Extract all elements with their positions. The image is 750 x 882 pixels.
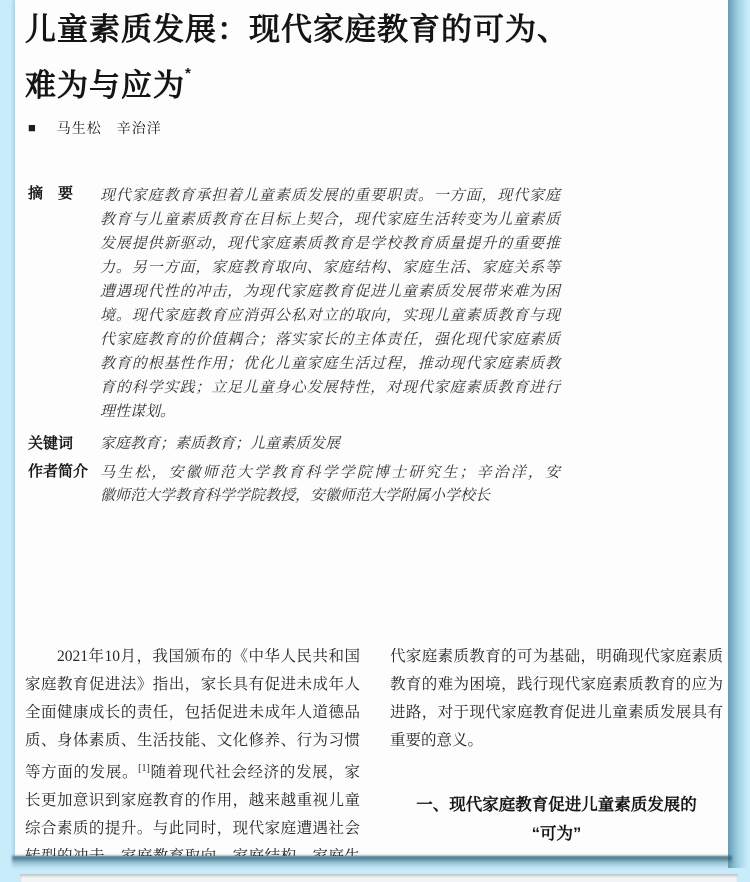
- author-bullet-icon: ■: [28, 120, 36, 136]
- next-page-edge: [20, 874, 738, 882]
- article-title-line2: 难为与应为: [25, 68, 185, 103]
- text-line: 长更加意识到家庭教育的作用，越来越重视儿童: [25, 787, 360, 815]
- scanned-document-background: 儿童素质发展：现代家庭教育的可为、难为与应为* ■ 马生松 辛治洋 摘 要 现代…: [0, 0, 750, 882]
- text-line: 教育的难为困境，践行现代家庭素质教育的应为: [390, 671, 723, 699]
- article-title-line1: 儿童素质发展：现代家庭教育的可为、: [25, 12, 569, 47]
- text-line: 综合素质的提升。与此同时，现代家庭遭遇社会: [25, 815, 360, 843]
- abstract-section: 摘 要 现代家庭教育承担着儿童素质发展的重要职责。一方面，现代家庭教育与儿童素质…: [25, 184, 723, 424]
- article-page: 儿童素质发展：现代家庭教育的可为、难为与应为* ■ 马生松 辛治洋 摘 要 现代…: [15, 0, 728, 856]
- keywords-text: 家庭教育；素质教育；儿童素质发展: [100, 434, 560, 454]
- body-column-right: 代家庭素质教育的可为基础，明确现代家庭素质教育的难为困境，践行现代家庭素质教育的…: [390, 643, 723, 856]
- article-title: 儿童素质发展：现代家庭教育的可为、难为与应为*: [25, 0, 723, 108]
- abstract-text: 现代家庭教育承担着儿童素质发展的重要职责。一方面，现代家庭教育与儿童素质教育在目…: [100, 184, 560, 424]
- keywords-label: 关键词: [28, 434, 100, 454]
- text-line: 育的科学实践；立足儿童身心发展特性，对现代家庭素质教育进行: [100, 376, 560, 400]
- text-line: 代家庭素质教育的可为基础，明确现代家庭素质: [390, 643, 723, 671]
- text-line: 力。另一方面，家庭教育取向、家庭结构、家庭生活、家庭关系等: [100, 256, 560, 280]
- text-line: 家庭教育促进法》指出，家长具有促进未成年人: [25, 671, 360, 699]
- author-bio-label: 作者简介: [28, 462, 100, 482]
- body-column-right-text: 代家庭素质教育的可为基础，明确现代家庭素质教育的难为困境，践行现代家庭素质教育的…: [390, 643, 723, 755]
- text-line: 徽师范大学教育科学学院教授，安徽师范大学附属小学校长: [100, 485, 560, 508]
- page-bottom-shadow: [12, 856, 732, 869]
- section-heading: 一、现代家庭教育促进儿童素质发展的 “可为”: [390, 791, 723, 849]
- authors: 马生松 辛治洋: [57, 120, 162, 136]
- text-line: 转型的冲击，家庭教育取向、家庭结构、家庭生: [25, 843, 360, 856]
- text-line: 等方面的发展。[1]随着现代社会经济的发展，家: [25, 755, 360, 787]
- body-columns: 2021年10月，我国颁布的《中华人民共和国家庭教育促进法》指出，家长具有促进未…: [25, 643, 723, 856]
- text-line: 教育与儿童素质教育在目标上契合，现代家庭生活转变为儿童素质: [100, 208, 560, 232]
- text-line: 马生松，安徽师范大学教育科学学院博士研究生；辛治洋，安: [100, 462, 560, 485]
- text-line: 理性谋划。: [100, 400, 560, 424]
- text-line: 现代家庭教育承担着儿童素质发展的重要职责。一方面，现代家庭: [100, 184, 560, 208]
- abstract-label: 摘 要: [28, 184, 100, 204]
- title-footnote-marker: *: [185, 65, 192, 82]
- keywords-section: 关键词 家庭教育；素质教育；儿童素质发展: [25, 434, 723, 454]
- text-line: 重要的意义。: [390, 727, 723, 755]
- author-bio-text: 马生松，安徽师范大学教育科学学院博士研究生；辛治洋，安徽师范大学教育科学学院教授…: [100, 462, 560, 508]
- text-line: 代家庭教育的价值耦合；落实家长的主体责任，强化现代家庭素质: [100, 328, 560, 352]
- text-line: 2021年10月，我国颁布的《中华人民共和国: [25, 643, 360, 671]
- text-line: 教育的根基性作用；优化儿童家庭生活过程，推动现代家庭素质教: [100, 352, 560, 376]
- section-heading-line1: 一、现代家庭教育促进儿童素质发展的: [390, 791, 723, 820]
- text-line: 质、身体素质、生活技能、文化修养、行为习惯: [25, 727, 360, 755]
- text-line: 进路，对于现代家庭教育促进儿童素质发展具有: [390, 699, 723, 727]
- author-bio-section: 作者简介 马生松，安徽师范大学教育科学学院博士研究生；辛治洋，安徽师范大学教育科…: [25, 462, 723, 508]
- text-line: 遭遇现代性的冲击，为现代家庭教育促进儿童素质发展带来难为困: [100, 280, 560, 304]
- text-line: 全面健康成长的责任，包括促进未成年人道德品: [25, 699, 360, 727]
- body-column-left: 2021年10月，我国颁布的《中华人民共和国家庭教育促进法》指出，家长具有促进未…: [25, 643, 360, 856]
- text-line: 发展提供新驱动，现代家庭素质教育是学校教育质量提升的重要推: [100, 232, 560, 256]
- scan-right-edge-shadow: [728, 0, 750, 868]
- text-line: 境。现代家庭教育应消弭公私对立的取向，实现儿童素质教育与现: [100, 304, 560, 328]
- authors-row: ■ 马生松 辛治洋: [28, 120, 723, 136]
- section-heading-line2: “可为”: [390, 820, 723, 849]
